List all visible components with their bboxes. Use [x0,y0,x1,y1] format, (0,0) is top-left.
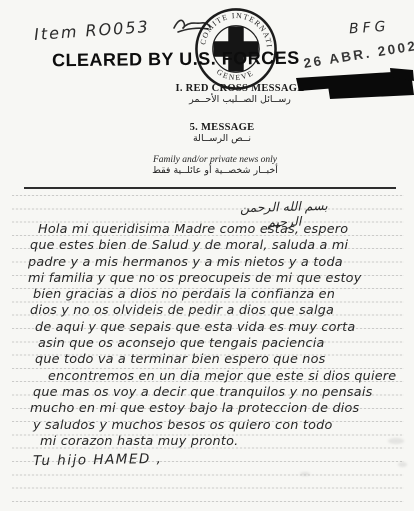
scan-smudge [388,438,404,444]
message-line: dios y no os olvideis de pedir a dios qu… [0,303,414,319]
routing-code-handwriting: BFG [348,19,390,38]
section-5-title-arabic: نــص الرســالة [122,133,322,144]
handwritten-message-body: Hola mi queridisima Madre como estas, es… [0,222,414,450]
item-number-handwriting: Item RO053 [33,17,150,44]
redaction-mark [290,67,414,107]
signature-line: Tu hijo HAMED , [33,451,163,469]
message-line: que mas os voy a decir que tranquilos y … [0,385,414,401]
section-5-title: 5. MESSAGE [122,122,322,133]
message-line: mucho en mi que estoy bajo la proteccion… [0,401,414,417]
instruction-arabic: أخبــار شخصــية أو عائلــية فقط [110,165,320,176]
message-line: padre y a mis hermanos y a mis nietos y … [0,255,414,271]
message-line: bien gracias a dios no perdais la confia… [0,287,414,303]
section-5-heading: 5. MESSAGE نــص الرســالة [122,122,322,144]
message-line: asin que os aconsejo que tengais pacienc… [0,336,414,352]
message-line: y saludos y muchos besos os quiero con t… [0,418,414,434]
message-line: Hola mi queridisima Madre como estas, es… [0,222,414,238]
message-line: que todo va a terminar bien espero que n… [0,352,414,368]
instruction-english: Family and/or private news only [110,155,320,165]
date-stamp: 26 ABR. 2002 [303,38,414,71]
scan-smudge [398,462,407,467]
message-line: de aqui y que sepais que esta vida es mu… [0,320,414,336]
message-area-top-rule [24,187,396,189]
scanned-red-cross-message-form: Item RO053 COMITE INTERNATIONAL GENEVE C… [0,0,414,511]
scan-smudge [300,472,310,476]
message-line: encontremos en un dia mejor que este si … [0,369,414,385]
cleared-by-us-forces-stamp: CLEARED BY U.S. FORCES [52,48,300,72]
instruction-note: Family and/or private news only أخبــار … [110,155,320,176]
message-line: que estes bien de Salud y de moral, salu… [0,238,414,254]
message-line: mi corazon hasta muy pronto. [0,434,414,450]
message-line: mi familia y que no os preocupeis de mi … [0,271,414,287]
